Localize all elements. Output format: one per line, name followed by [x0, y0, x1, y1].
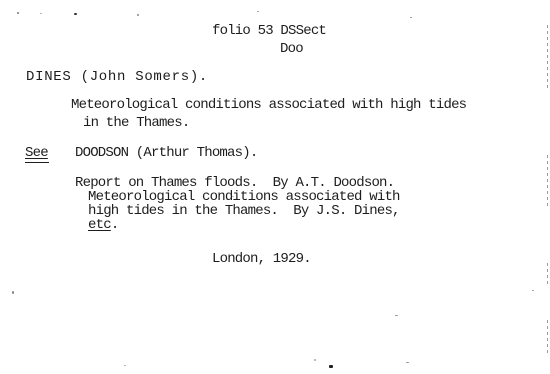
catalogue-card: folio 53 DSSect Doo DINES (John Somers).…	[0, 0, 550, 374]
ink-speck	[406, 362, 409, 363]
ink-speck	[137, 14, 139, 16]
see-label: See	[25, 146, 48, 160]
ink-speck	[329, 365, 333, 368]
imprint: London, 1929.	[212, 252, 311, 266]
reference-line-4: etc.	[88, 218, 118, 232]
ink-speck	[314, 359, 316, 361]
scan-edge-line	[547, 320, 548, 356]
entry-title-line-1: Meteorological conditions associated wit…	[71, 98, 466, 112]
ink-speck	[410, 17, 412, 18]
scan-edge-line	[547, 155, 548, 207]
ink-speck	[12, 291, 14, 294]
ink-speck	[395, 315, 398, 316]
ink-speck	[124, 365, 126, 366]
folio-annotation: folio 53 DSSect	[212, 24, 326, 38]
scan-edge-line	[547, 25, 548, 90]
guide-word: Doo	[280, 42, 303, 56]
entry-heading: DINES (John Somers).	[26, 70, 208, 84]
see-second-underline	[25, 162, 49, 163]
entry-title-line-2: in the Thames.	[83, 116, 189, 130]
etc-period: .	[111, 217, 119, 233]
ink-speck	[17, 12, 19, 14]
see-target: DOODSON (Arthur Thomas).	[75, 146, 257, 160]
ink-speck	[232, 196, 234, 197]
ink-speck	[532, 290, 534, 291]
etc-text: etc	[88, 217, 111, 233]
see-label-text: See	[25, 145, 48, 161]
reference-line-3: high tides in the Thames. By J.S. Dines,	[88, 204, 400, 218]
ink-speck	[40, 13, 42, 14]
ink-speck	[74, 13, 77, 15]
scan-edge-line	[547, 263, 548, 287]
reference-line-2: Meteorological conditions associated wit…	[88, 190, 400, 204]
reference-line-1: Report on Thames floods. By A.T. Doodson…	[75, 176, 394, 190]
ink-speck	[257, 11, 259, 12]
